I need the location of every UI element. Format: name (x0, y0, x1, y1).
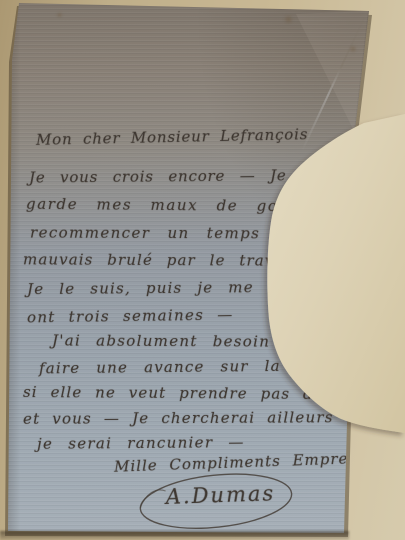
overlapping-cream-card (0, 0, 405, 540)
photo-of-letter: Mon cher Monsieur Lefrançois Je vous cro… (0, 0, 405, 540)
cream-card-shape (267, 114, 405, 433)
